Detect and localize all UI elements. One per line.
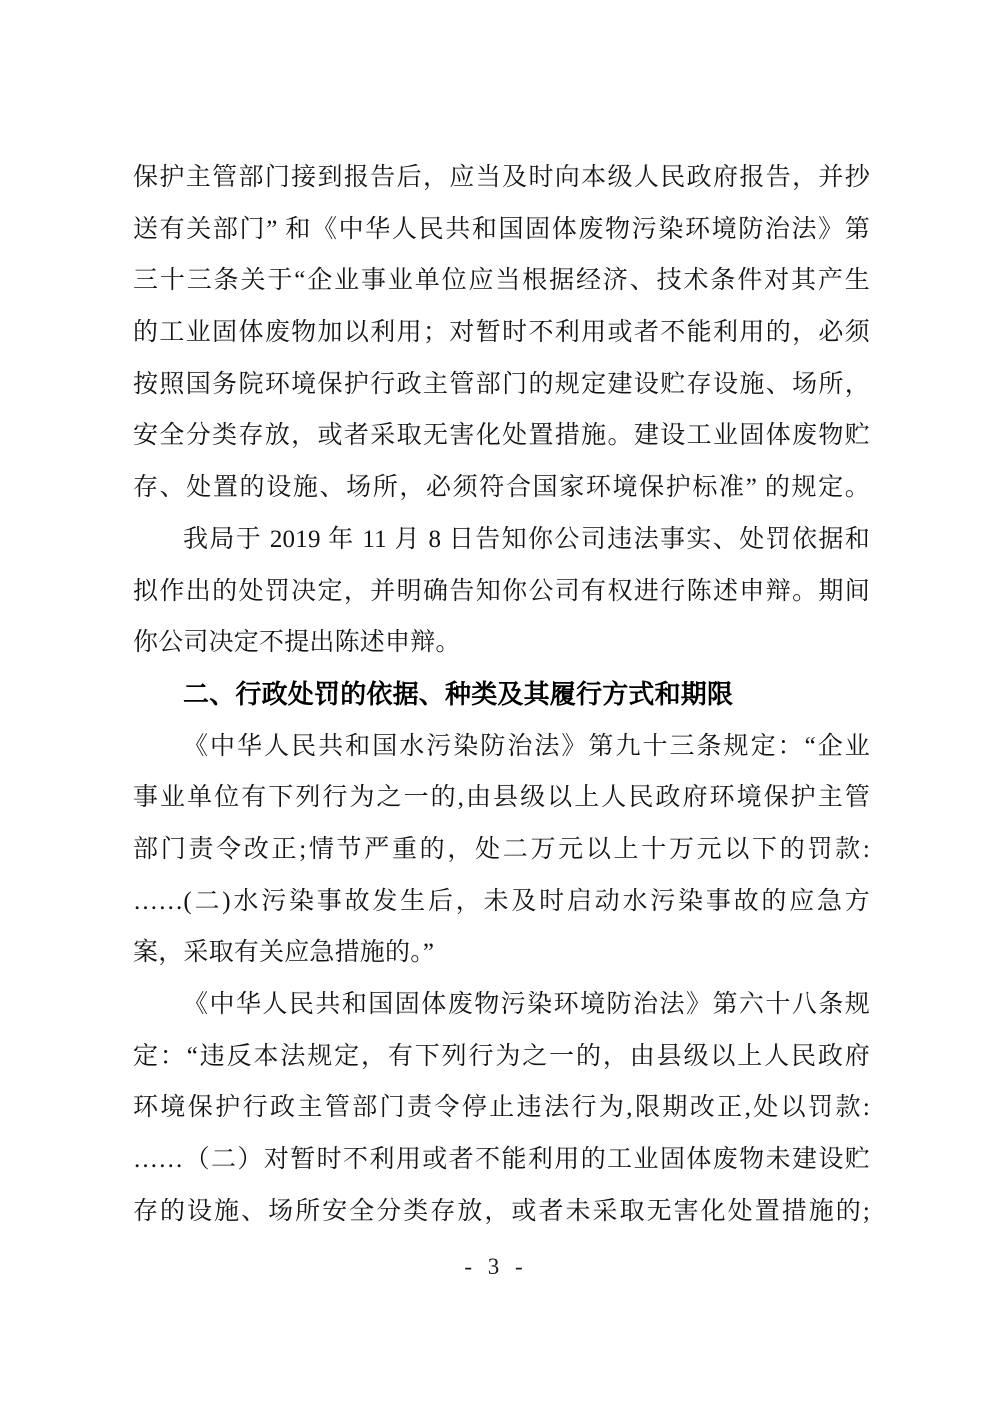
- text-line: ……（二）对暂时不利用或者不能利用的工业固体废物未建设贮: [133, 1134, 870, 1186]
- text-line: 定：“违反本法规定，有下列行为之一的，由县级以上人民政府: [133, 1031, 870, 1083]
- text-line: 我局于 2019 年 11 月 8 日告知你公司违法事实、处罚依据和: [133, 514, 870, 566]
- text-line: 安全分类存放，或者采取无害化处置措施。建设工业固体废物贮: [133, 410, 870, 462]
- document-page: 保护主管部门接到报告后，应当及时向本级人民政府报告，并抄 送有关部门” 和《中华…: [133, 152, 870, 1237]
- text-line: 你公司决定不提出陈述申辩。: [133, 617, 870, 669]
- section-heading: 二、行政处罚的依据、种类及其履行方式和期限: [133, 669, 870, 721]
- text-line: 存、处置的设施、场所，必须符合国家环境保护标准” 的规定。: [133, 462, 870, 514]
- text-line: 保护主管部门接到报告后，应当及时向本级人民政府报告，并抄: [133, 152, 870, 204]
- text-line: 的工业固体废物加以利用；对暂时不利用或者不能利用的，必须: [133, 307, 870, 359]
- text-line: ……(二)水污染事故发生后，未及时启动水污染事故的应急方: [133, 876, 870, 928]
- text-line: 三十三条关于“企业事业单位应当根据经济、技术条件对其产生: [133, 255, 870, 307]
- text-line: 部门责令改正;情节严重的，处二万元以上十万元以下的罚款:: [133, 824, 870, 876]
- text-line: 事业单位有下列行为之一的,由县级以上人民政府环境保护主管: [133, 772, 870, 824]
- text-line: 《中华人民共和国固体废物污染环境防治法》第六十八条规: [133, 979, 870, 1031]
- text-line: 送有关部门” 和《中华人民共和国固体废物污染环境防治法》第: [133, 204, 870, 256]
- text-line: 按照国务院环境保护行政主管部门的规定建设贮存设施、场所，: [133, 359, 870, 411]
- text-line: 《中华人民共和国水污染防治法》第九十三条规定：“企业: [133, 721, 870, 773]
- text-line: 拟作出的处罚决定，并明确告知你公司有权进行陈述申辩。期间: [133, 566, 870, 618]
- text-line: 存的设施、场所安全分类存放，或者未采取无害化处置措施的;: [133, 1186, 870, 1238]
- page-number: - 3 -: [0, 1254, 992, 1280]
- text-line: 环境保护行政主管部门责令停止违法行为,限期改正,处以罚款:: [133, 1082, 870, 1134]
- text-line: 案，采取有关应急措施的。”: [133, 927, 870, 979]
